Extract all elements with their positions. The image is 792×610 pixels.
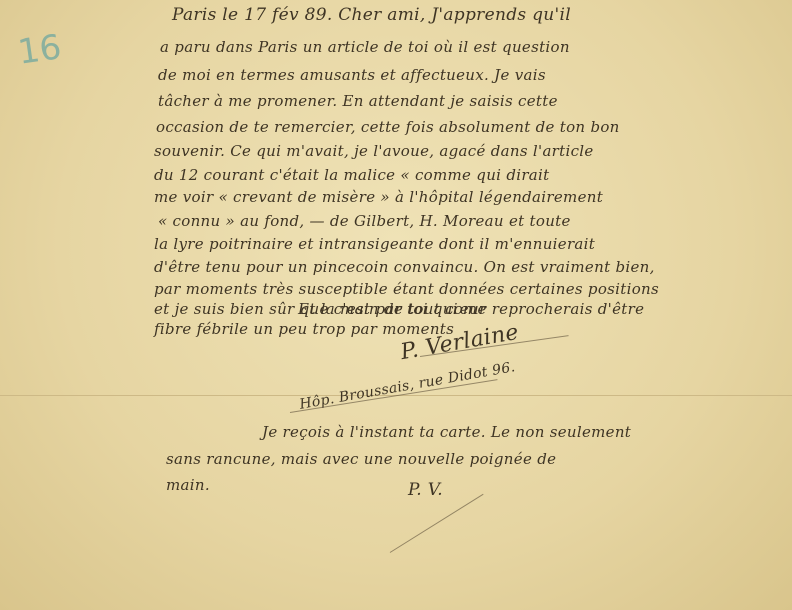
postscript-line: Je reçois à l'instant ta carte. Le non s…: [262, 423, 631, 441]
closing-line: Et la main de tout cœur: [298, 300, 486, 318]
letter-page: 16 Paris le 17 fév 89. Cher ami, J'appre…: [0, 0, 792, 610]
letter-line: par moments très susceptible étant donné…: [154, 280, 659, 298]
letter-line: d'être tenu pour un pincecoin convaincu.…: [154, 258, 655, 276]
letter-line: tâcher à me promener. En attendant je sa…: [158, 92, 558, 110]
letter-line: a paru dans Paris un article de toi où i…: [160, 38, 570, 56]
postscript-line: main.: [166, 476, 210, 494]
archive-number: 16: [15, 27, 63, 73]
letter-line: souvenir. Ce qui m'avait, je l'avoue, ag…: [154, 142, 594, 160]
postscript-initials: P. V.: [408, 480, 443, 500]
pen-stroke: [390, 494, 484, 553]
letter-line: fibre fébrile un peu trop par moments: [154, 320, 454, 338]
letter-line: la lyre poitrinaire et intransigeante do…: [154, 235, 595, 253]
letter-line: « connu » au fond, — de Gilbert, H. More…: [158, 212, 571, 230]
letter-line: occasion de te remercier, cette fois abs…: [156, 118, 620, 136]
letter-line: du 12 courant c'était la malice « comme …: [154, 166, 549, 184]
postscript-line: sans rancune, mais avec une nouvelle poi…: [166, 450, 556, 468]
letter-line: me voir « crevant de misère » à l'hôpita…: [154, 188, 603, 206]
letter-line: Paris le 17 fév 89. Cher ami, J'apprends…: [172, 5, 571, 25]
letter-line: de moi en termes amusants et affectueux.…: [158, 66, 546, 84]
